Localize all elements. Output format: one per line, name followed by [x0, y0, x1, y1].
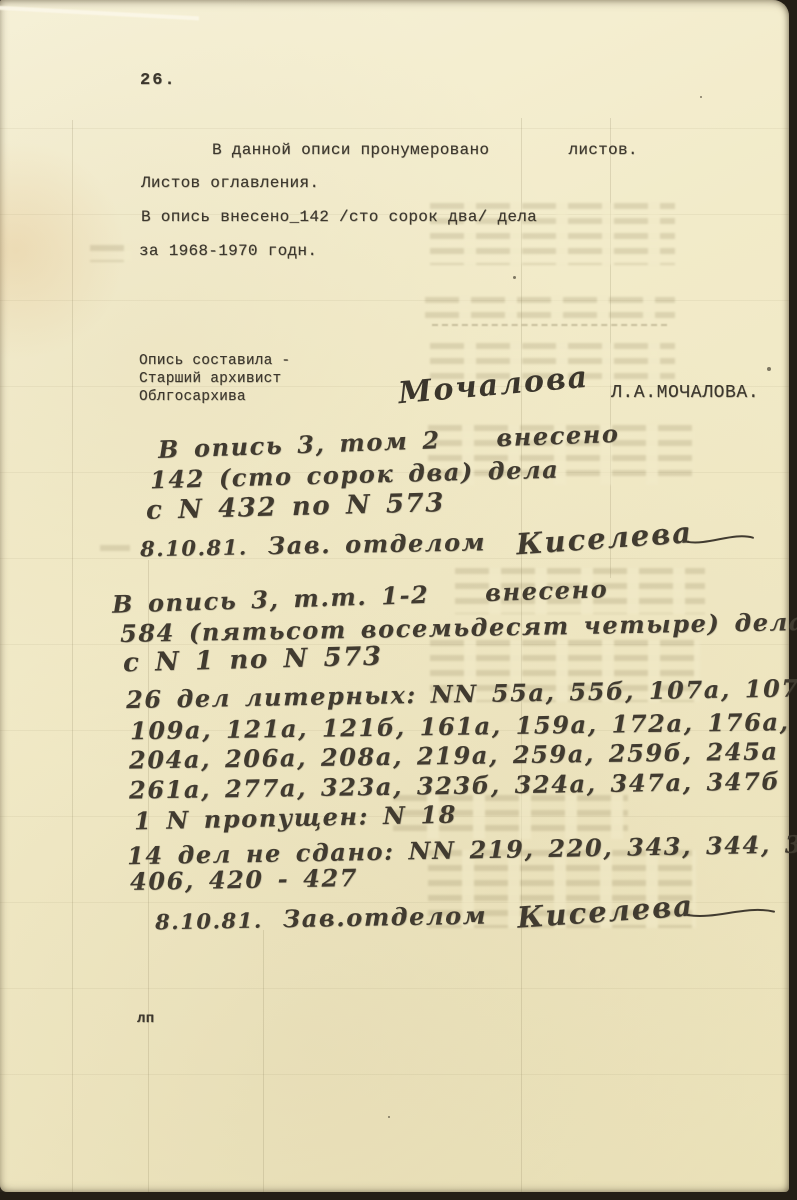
- ink-speck: [700, 96, 702, 98]
- footer-initials-mark: лп: [137, 1009, 154, 1029]
- typed-line-items-entered: В опись внесено_142 /сто сорок два/ дела: [141, 207, 537, 227]
- note-vol2-date: 8.10.81.: [140, 533, 248, 563]
- signature-flourish-stroke: [685, 529, 755, 546]
- ink-speck: [767, 367, 771, 371]
- compiler-typed-name: Л.А.МОЧАЛОВА.: [611, 383, 759, 403]
- note-total-date: 8.10.81.: [155, 907, 263, 937]
- compiler-line-1: Опись составила -: [139, 352, 290, 370]
- typed-line-numbered-sheets: В данной описи пронумеровано листов.: [212, 140, 638, 160]
- note-total-line-10: 406, 420 - 427: [130, 864, 359, 896]
- note-total-line-3: с N 1 по N 573: [123, 643, 383, 678]
- signature-flourish-stroke: [686, 902, 776, 920]
- compiler-line-2: Старший архивист: [139, 370, 281, 388]
- note-total-role: Зав.отделом: [283, 902, 488, 934]
- document-scan: 26. В данной описи пронумеровано листов.…: [0, 0, 797, 1200]
- ink-speck: [388, 1116, 390, 1118]
- compiler-line-3: Облгосархива: [139, 388, 246, 406]
- note-vol2-role: Зав. отделом: [268, 528, 487, 560]
- page-number: 26.: [140, 71, 177, 91]
- typed-line-years: за 1968-1970 годн.: [139, 241, 317, 261]
- ink-speck: [513, 276, 516, 279]
- typed-line-contents-sheets: Листов оглавления.: [141, 173, 319, 193]
